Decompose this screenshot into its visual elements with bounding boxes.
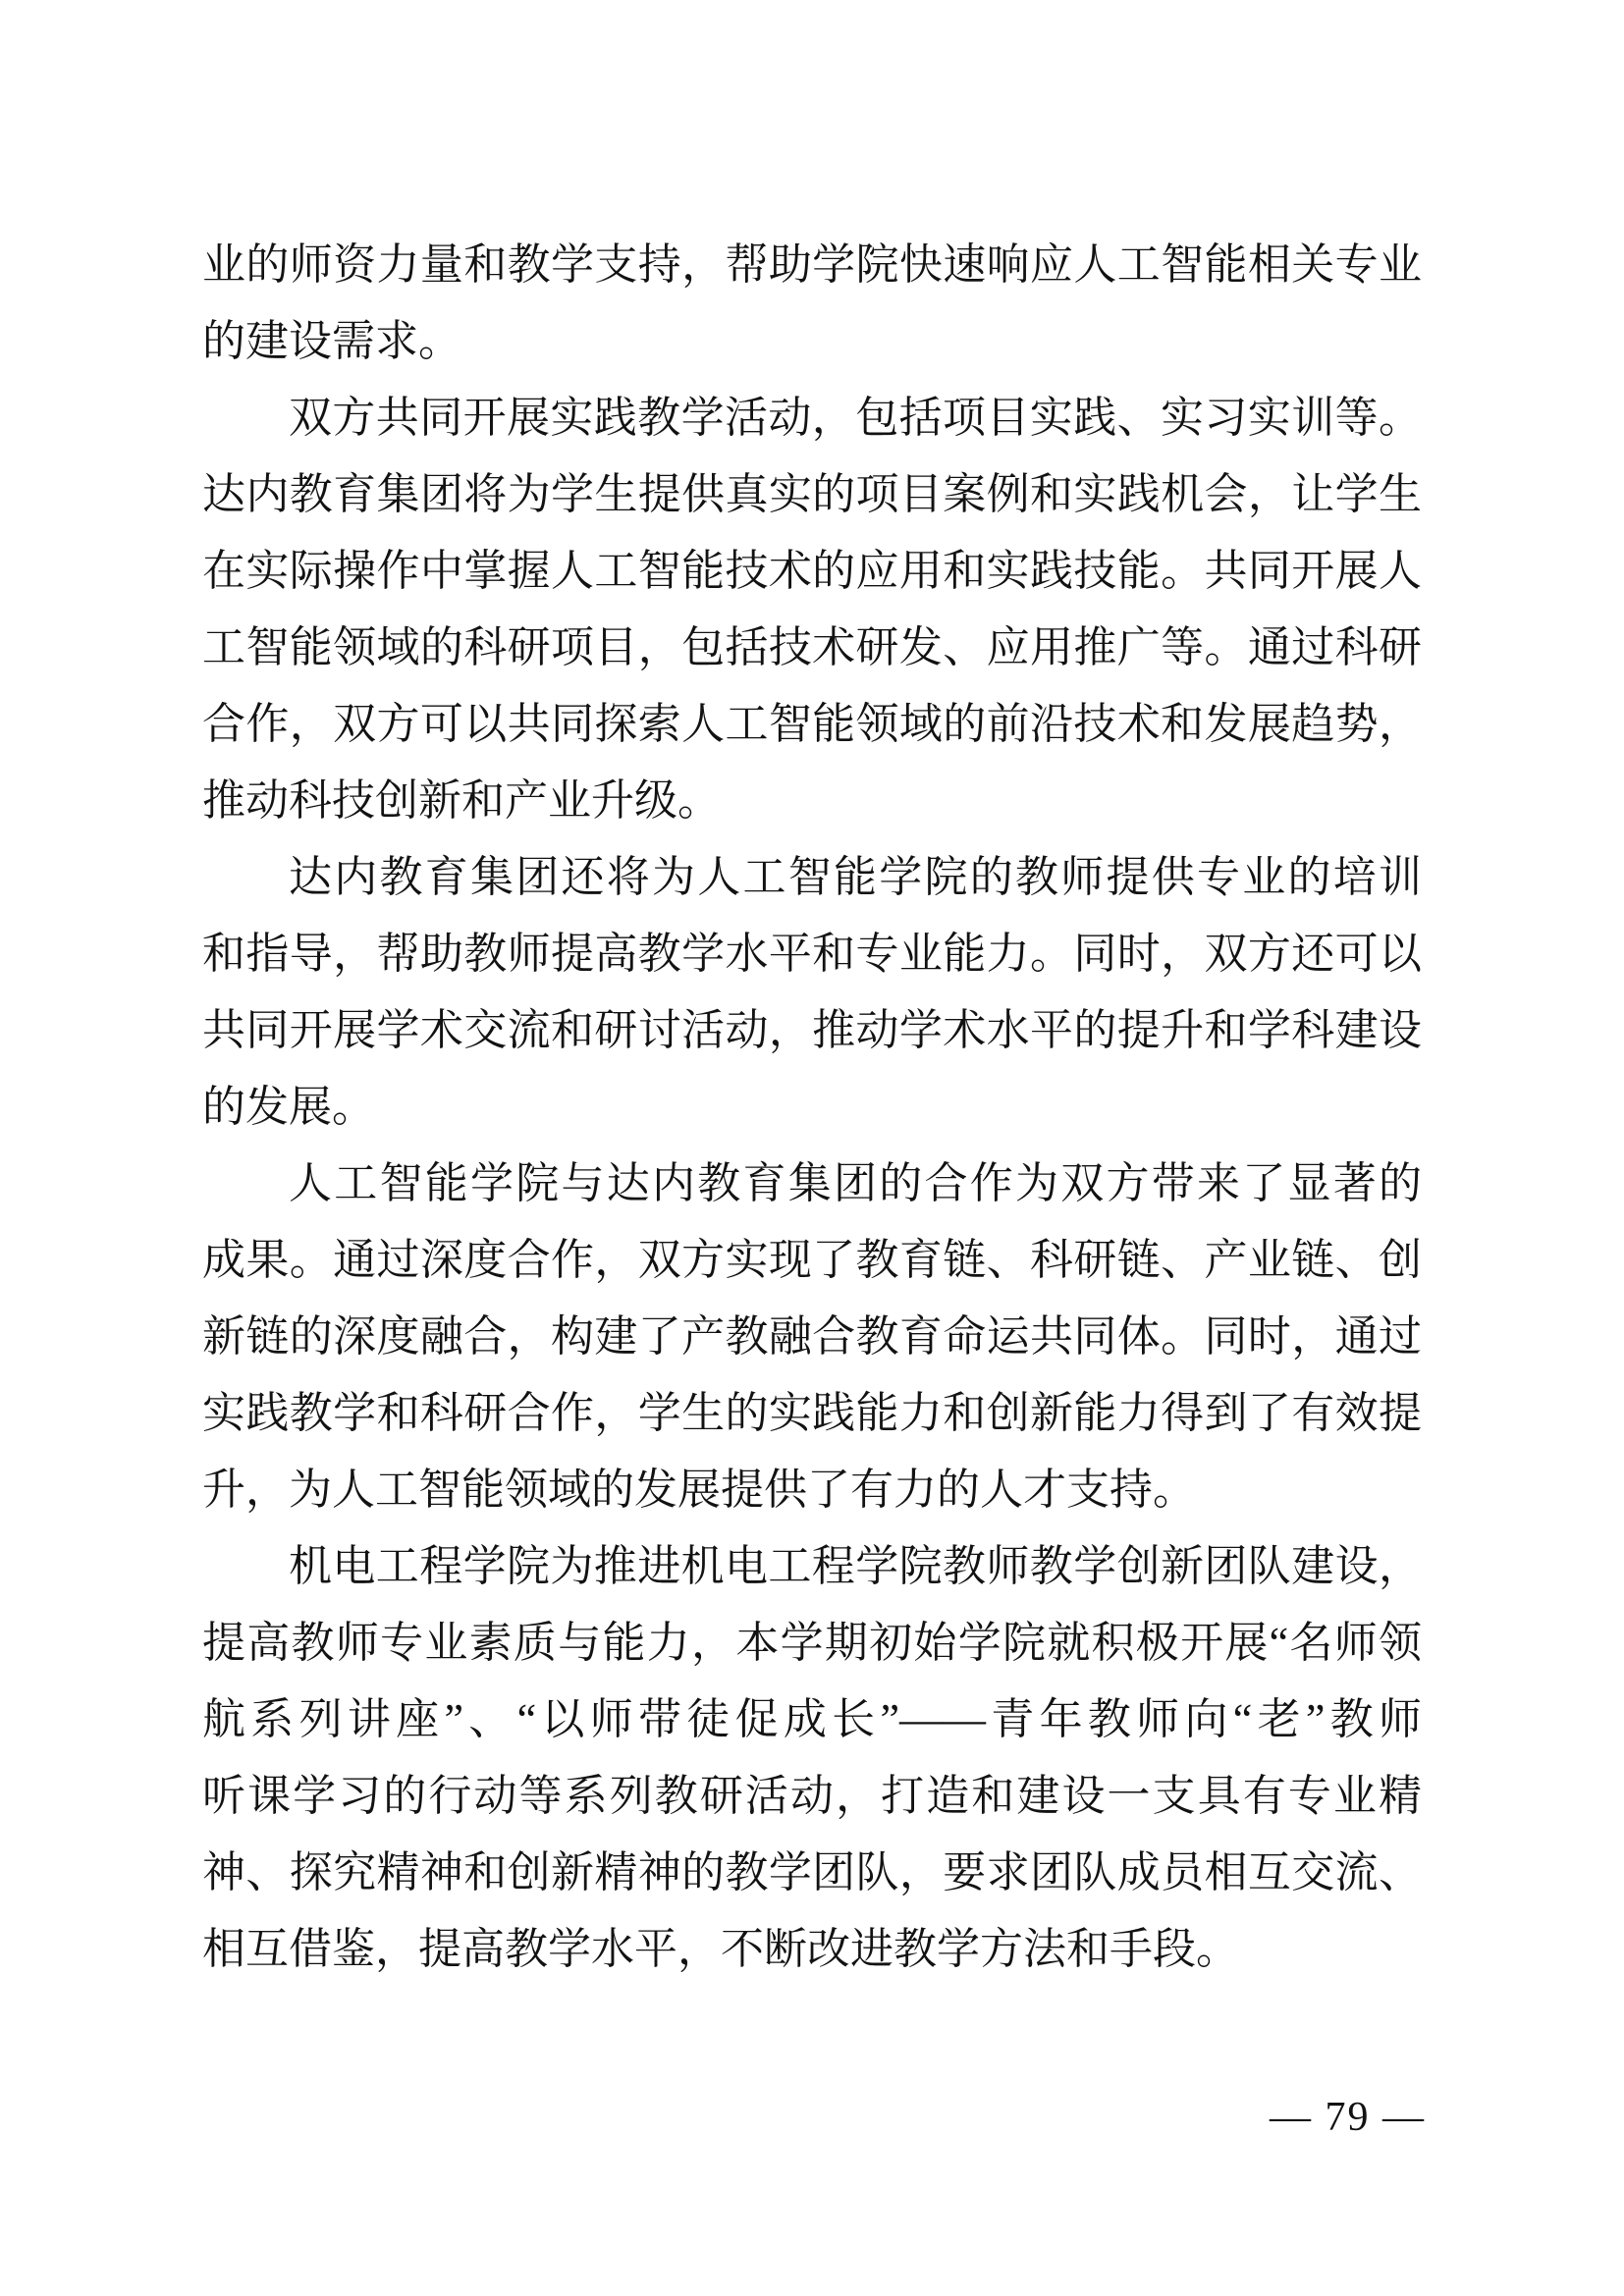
- text-line: 升，为人工智能领域的发展提供了有力的人才支持。: [202, 1452, 1422, 1528]
- text-line: 的发展。: [202, 1069, 1422, 1146]
- text-line: 双方共同开展实践教学活动，包括项目实践、实习实训等。: [202, 380, 1422, 456]
- text-line: 实践教学和科研合作，学生的实践能力和创新能力得到了有效提: [202, 1375, 1422, 1452]
- text-line: 达内教育集团将为学生提供真实的项目案例和实践机会，让学生: [202, 456, 1422, 533]
- text-line: 航系列讲座”、“以师带徒促成长”——青年教师向“老”教师: [202, 1682, 1422, 1758]
- text-line: 的建设需求。: [202, 303, 1422, 380]
- text-line: 推动科技创新和产业升级。: [202, 763, 1422, 839]
- text-line: 合作，双方可以共同探索人工智能领域的前沿技术和发展趋势，: [202, 686, 1422, 763]
- text-line: 在实际操作中掌握人工智能技术的应用和实践技能。共同开展人: [202, 533, 1422, 610]
- text-line: 达内教育集团还将为人工智能学院的教师提供专业的培训: [202, 839, 1422, 916]
- page-number: — 79 —: [1270, 2097, 1426, 2138]
- text-line: 工智能领域的科研项目，包括技术研发、应用推广等。通过科研: [202, 610, 1422, 686]
- text-line: 听课学习的行动等系列教研活动，打造和建设一支具有专业精: [202, 1758, 1422, 1835]
- document-page: 业的师资力量和教学支持，帮助学院快速响应人工智能相关专业的建设需求。双方共同开展…: [0, 0, 1624, 2296]
- text-line: 相互借鉴，提高教学水平，不断改进教学方法和手段。: [202, 1911, 1422, 1988]
- text-line: 提高教师专业素质与能力，本学期初始学院就积极开展“名师领: [202, 1605, 1422, 1682]
- text-line: 共同开展学术交流和研讨活动，推动学术水平的提升和学科建设: [202, 992, 1422, 1069]
- text-line: 新链的深度融合，构建了产教融合教育命运共同体。同时，通过: [202, 1299, 1422, 1375]
- text-line: 神、探究精神和创新精神的教学团队，要求团队成员相互交流、: [202, 1835, 1422, 1911]
- text-line: 业的师资力量和教学支持，帮助学院快速响应人工智能相关专业: [202, 227, 1422, 303]
- text-line: 机电工程学院为推进机电工程学院教师教学创新团队建设，: [202, 1528, 1422, 1605]
- text-line: 成果。通过深度合作，双方实现了教育链、科研链、产业链、创: [202, 1222, 1422, 1299]
- text-line: 人工智能学院与达内教育集团的合作为双方带来了显著的: [202, 1146, 1422, 1222]
- text-line: 和指导，帮助教师提高教学水平和专业能力。同时，双方还可以: [202, 916, 1422, 992]
- body-text: 业的师资力量和教学支持，帮助学院快速响应人工智能相关专业的建设需求。双方共同开展…: [202, 227, 1422, 1988]
